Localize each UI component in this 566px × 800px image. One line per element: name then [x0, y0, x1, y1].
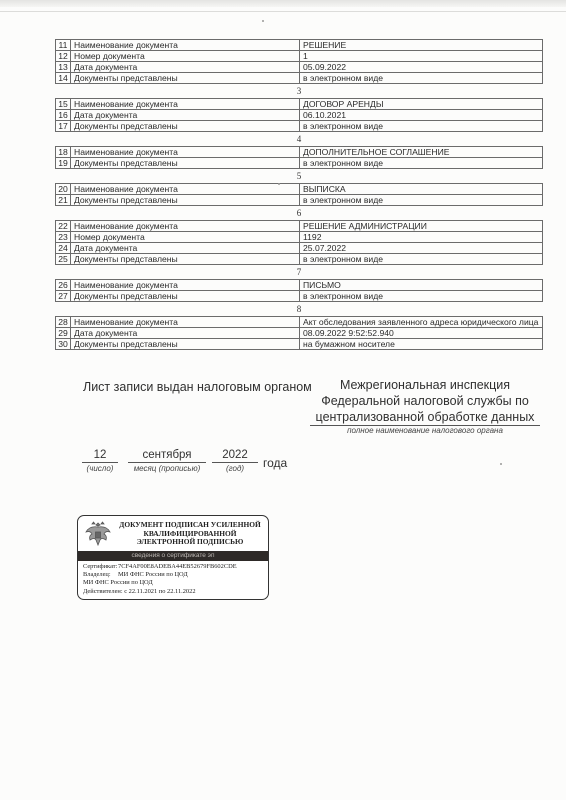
row-number: 29	[56, 328, 71, 339]
date-year-value: 2022	[212, 448, 258, 462]
row-label: Документы представлены	[71, 339, 300, 350]
certificate-details: Сертификат:7CF4AF00E8ADEBA44EB52679FB602…	[83, 563, 237, 596]
owner-value-line2: МИ ФНС России по ЦОД	[83, 579, 237, 587]
row-label: Документы представлены	[71, 73, 300, 84]
valid-value: с 22.11.2021 по 22.11.2022	[124, 588, 195, 595]
scan-speck	[500, 463, 502, 465]
row-label: Документы представлены	[71, 291, 300, 302]
electronic-signature-stamp: ДОКУМЕНТ ПОДПИСАН УСИЛЕННОЙ КВАЛИФИЦИРОВ…	[77, 515, 269, 600]
row-number: 24	[56, 243, 71, 254]
row-number: 28	[56, 317, 71, 328]
row-value: ВЫПИСКА	[300, 184, 543, 195]
table-row: 30Документы представленына бумажном носи…	[56, 339, 543, 350]
row-label: Наименование документа	[71, 147, 300, 158]
table-row: 15Наименование документаДОГОВОР АРЕНДЫ	[56, 99, 543, 110]
row-label: Наименование документа	[71, 221, 300, 232]
row-value: ДОПОЛНИТЕЛЬНОЕ СОГЛАШЕНИЕ	[300, 147, 543, 158]
row-value: в электронном виде	[300, 291, 543, 302]
table-row: 27Документы представленыв электронном ви…	[56, 291, 543, 302]
scan-speck	[262, 20, 264, 22]
scan-edge	[0, 0, 566, 7]
row-number: 30	[56, 339, 71, 350]
row-value: 06.10.2021	[300, 110, 543, 121]
certificate-row: Сертификат:7CF4AF00E8ADEBA44EB52679FB602…	[83, 563, 237, 571]
date-year: 2022 (год)	[212, 448, 258, 474]
scan-speck	[278, 183, 280, 185]
row-value: 1192	[300, 232, 543, 243]
table-row: 14Документы представленыв электронном ви…	[56, 73, 543, 84]
row-number: 14	[56, 73, 71, 84]
row-number: 25	[56, 254, 71, 265]
tax-authority-name: Межрегиональная инспекция Федеральной на…	[310, 377, 540, 425]
section-number: 7	[55, 265, 543, 279]
date-day-value: 12	[82, 448, 118, 462]
section-table: 28Наименование документаАкт обследования…	[55, 316, 543, 350]
table-row: 29Дата документа08.09.2022 9:52:52.940	[56, 328, 543, 339]
row-label: Документы представлены	[71, 121, 300, 132]
row-label: Документы представлены	[71, 195, 300, 206]
table-row: 12Номер документа1	[56, 51, 543, 62]
row-number: 15	[56, 99, 71, 110]
row-number: 20	[56, 184, 71, 195]
table-row: 25Документы представленыв электронном ви…	[56, 254, 543, 265]
section-number: 5	[55, 169, 543, 183]
row-number: 19	[56, 158, 71, 169]
row-label: Дата документа	[71, 110, 300, 121]
section-table: 11Наименование документаРЕШЕНИЕ12Номер д…	[55, 39, 543, 84]
table-row: 22Наименование документаРЕШЕНИЕ АДМИНИСТ…	[56, 221, 543, 232]
row-label: Наименование документа	[71, 317, 300, 328]
table-row: 18Наименование документаДОПОЛНИТЕЛЬНОЕ С…	[56, 147, 543, 158]
table-row: 21Документы представленыв электронном ви…	[56, 195, 543, 206]
row-number: 11	[56, 40, 71, 51]
row-label: Номер документа	[71, 232, 300, 243]
table-row: 26Наименование документаПИСЬМО	[56, 280, 543, 291]
table-row: 24Дата документа25.07.2022	[56, 243, 543, 254]
row-number: 16	[56, 110, 71, 121]
row-number: 23	[56, 232, 71, 243]
row-number: 22	[56, 221, 71, 232]
row-value: 08.09.2022 9:52:52.940	[300, 328, 543, 339]
row-number: 12	[56, 51, 71, 62]
section-table: 26Наименование документаПИСЬМО27Документ…	[55, 279, 543, 302]
owner-row: Владелец:МИ ФНС России по ЦОД	[83, 571, 237, 579]
date-day-caption: (число)	[82, 463, 118, 474]
row-number: 18	[56, 147, 71, 158]
row-value: на бумажном носителе	[300, 339, 543, 350]
date-year-caption: (год)	[212, 463, 258, 474]
row-value: в электронном виде	[300, 254, 543, 265]
stamp-title: ДОКУМЕНТ ПОДПИСАН УСИЛЕННОЙ КВАЛИФИЦИРОВ…	[114, 521, 266, 547]
row-value: 05.09.2022	[300, 62, 543, 73]
valid-label: Действителен:	[83, 588, 123, 595]
row-label: Наименование документа	[71, 99, 300, 110]
date-day: 12 (число)	[82, 448, 118, 474]
table-row: 11Наименование документаРЕШЕНИЕ	[56, 40, 543, 51]
owner-label: Владелец:	[83, 571, 118, 579]
authority-caption: полное наименование налогового органа	[310, 426, 540, 435]
row-label: Наименование документа	[71, 184, 300, 195]
table-row: 19Документы представленыв электронном ви…	[56, 158, 543, 169]
section-number: 4	[55, 132, 543, 146]
owner-value: МИ ФНС России по ЦОД	[118, 571, 188, 578]
row-number: 13	[56, 62, 71, 73]
date-month-value: сентября	[128, 448, 206, 462]
row-label: Документы представлены	[71, 254, 300, 265]
row-value: Акт обследования заявленного адреса юрид…	[300, 317, 543, 328]
table-row: 17Документы представленыв электронном ви…	[56, 121, 543, 132]
row-label: Дата документа	[71, 328, 300, 339]
row-label: Дата документа	[71, 243, 300, 254]
row-number: 17	[56, 121, 71, 132]
certificate-value: 7CF4AF00E8ADEBA44EB52679FB602CDE	[118, 563, 237, 570]
date-month: сентября месяц (прописью)	[128, 448, 206, 474]
row-label: Наименование документа	[71, 280, 300, 291]
row-label: Документы представлены	[71, 158, 300, 169]
table-row: 13Дата документа05.09.2022	[56, 62, 543, 73]
row-value: в электронном виде	[300, 195, 543, 206]
row-number: 27	[56, 291, 71, 302]
section-table: 18Наименование документаДОПОЛНИТЕЛЬНОЕ С…	[55, 146, 543, 169]
certificate-info-bar: сведения о сертификате эп	[78, 551, 268, 561]
row-value: в электронном виде	[300, 121, 543, 132]
row-number: 26	[56, 280, 71, 291]
section-table: 15Наименование документаДОГОВОР АРЕНДЫ16…	[55, 98, 543, 132]
row-label: Дата документа	[71, 62, 300, 73]
row-value: 25.07.2022	[300, 243, 543, 254]
row-value: РЕШЕНИЕ АДМИНИСТРАЦИИ	[300, 221, 543, 232]
issued-by-label: Лист записи выдан налоговым органом	[83, 380, 312, 394]
section-number: 8	[55, 302, 543, 316]
section-number: 6	[55, 206, 543, 220]
row-value: в электронном виде	[300, 73, 543, 84]
section-table: 22Наименование документаРЕШЕНИЕ АДМИНИСТ…	[55, 220, 543, 265]
row-value: РЕШЕНИЕ	[300, 40, 543, 51]
table-row: 23Номер документа1192	[56, 232, 543, 243]
document-records-tables: 11Наименование документаРЕШЕНИЕ12Номер д…	[55, 39, 543, 350]
row-value: в электронном виде	[300, 158, 543, 169]
table-row: 20Наименование документаВЫПИСКА	[56, 184, 543, 195]
row-value: ДОГОВОР АРЕНДЫ	[300, 99, 543, 110]
row-value: 1	[300, 51, 543, 62]
row-label: Наименование документа	[71, 40, 300, 51]
date-suffix: года	[263, 456, 287, 470]
section-number: 3	[55, 84, 543, 98]
certificate-label: Сертификат:	[83, 563, 118, 571]
scan-line	[0, 11, 566, 12]
valid-row: Действителен: с 22.11.2021 по 22.11.2022	[83, 588, 237, 596]
row-label: Номер документа	[71, 51, 300, 62]
date-month-caption: месяц (прописью)	[128, 463, 206, 474]
table-row: 16Дата документа06.10.2021	[56, 110, 543, 121]
coat-of-arms-icon	[82, 520, 114, 548]
table-row: 28Наименование документаАкт обследования…	[56, 317, 543, 328]
section-table: 20Наименование документаВЫПИСКА21Докумен…	[55, 183, 543, 206]
row-value: ПИСЬМО	[300, 280, 543, 291]
row-number: 21	[56, 195, 71, 206]
